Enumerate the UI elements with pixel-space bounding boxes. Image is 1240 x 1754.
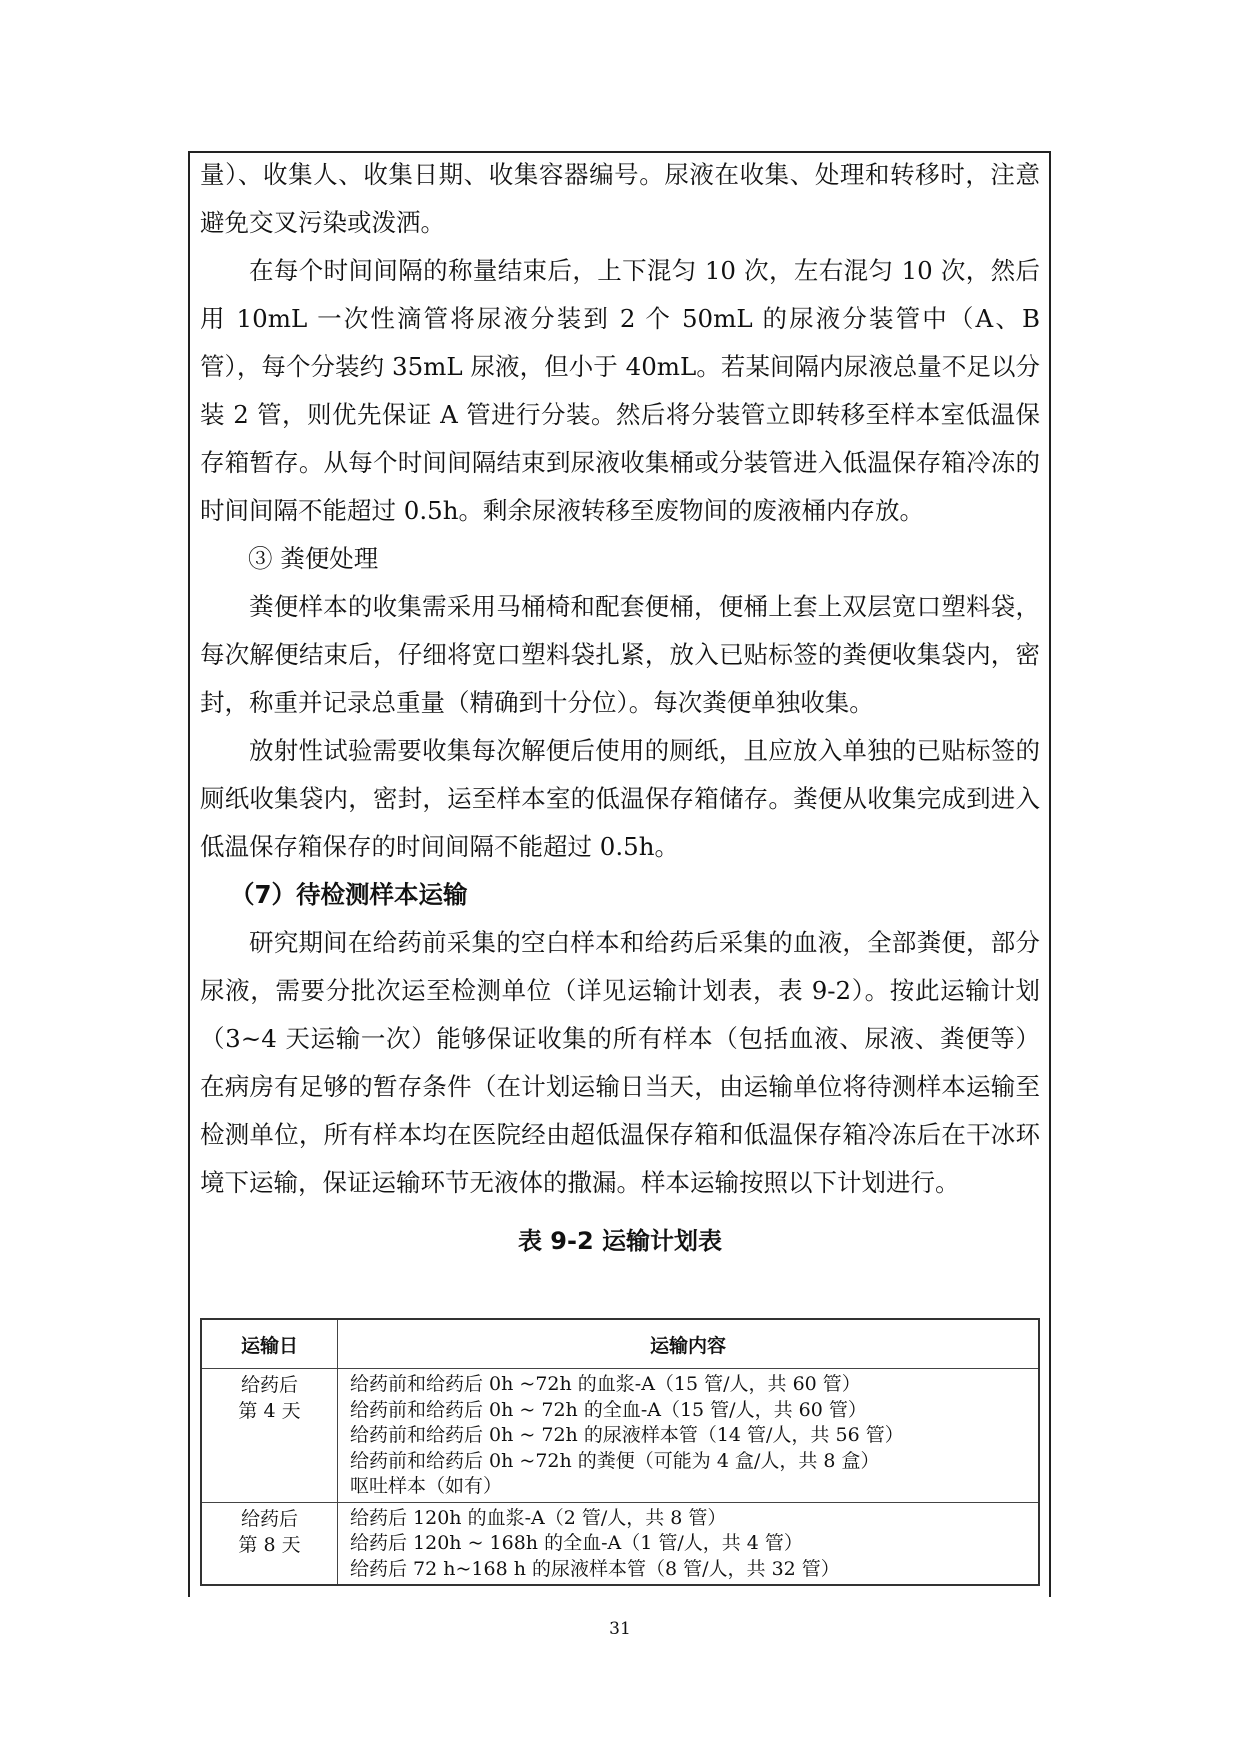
transport-content-cell: 给药后 120h 的血浆-A（2 管/人，共 8 管） 给药后 120h ~ 1… xyxy=(338,1502,1040,1585)
paragraph-urine-aliquot: 在每个时间间隔的称量结束后，上下混匀 10 次，左右混匀 10 次，然后用 10… xyxy=(200,247,1040,535)
paragraph-feces-collection: 粪便样本的收集需采用马桶椅和配套便桶，便桶上套上双层宽口塑料袋，每次解便结束后，… xyxy=(200,583,1040,727)
page-number: 31 xyxy=(0,1617,1240,1641)
content-item: 给药前和给药后 0h ~ 72h 的全血-A（15 管/人，共 60 管） xyxy=(350,1398,1038,1424)
day-label-line2: 第 8 天 xyxy=(203,1532,336,1558)
column-header-transport-content: 运输内容 xyxy=(338,1319,1040,1369)
content-item: 给药后 120h 的血浆-A（2 管/人，共 8 管） xyxy=(350,1506,1038,1532)
paragraph-toilet-paper: 放射性试验需要收集每次解便后使用的厕纸，且应放入单独的已贴标签的厕纸收集袋内，密… xyxy=(200,727,1040,871)
column-header-transport-day: 运输日 xyxy=(201,1319,338,1369)
paragraph-transport-plan: 研究期间在给药前采集的空白样本和给药后采集的血液，全部粪便，部分尿液，需要分批次… xyxy=(200,919,1040,1207)
section-heading-sample-transport: （7）待检测样本运输 xyxy=(200,871,1040,919)
table-header-row: 运输日 运输内容 xyxy=(201,1319,1039,1369)
paragraph-urine-collection-end: 量）、收集人、收集日期、收集容器编号。尿液在收集、处理和转移时，注意避免交叉污染… xyxy=(200,151,1040,247)
day-label-line1: 给药后 xyxy=(203,1372,336,1398)
content-item: 给药后 120h ~ 168h 的全血-A（1 管/人，共 4 管） xyxy=(350,1531,1038,1557)
document-body: 量）、收集人、收集日期、收集容器编号。尿液在收集、处理和转移时，注意避免交叉污染… xyxy=(200,151,1040,1261)
content-item: 给药前和给药后 0h ~72h 的粪便（可能为 4 盒/人，共 8 盒） xyxy=(350,1449,1038,1475)
day-label-line1: 给药后 xyxy=(203,1506,336,1532)
transport-content-cell: 给药前和给药后 0h ~72h 的血浆-A（15 管/人，共 60 管） 给药前… xyxy=(338,1369,1040,1503)
day-label-line2: 第 4 天 xyxy=(203,1398,336,1424)
table-row: 给药后 第 8 天 给药后 120h 的血浆-A（2 管/人，共 8 管） 给药… xyxy=(201,1502,1039,1585)
table-caption: 表 9-2 运输计划表 xyxy=(200,1221,1040,1261)
transport-day-cell: 给药后 第 4 天 xyxy=(201,1369,338,1503)
transport-plan-table: 运输日 运输内容 给药后 第 4 天 给药前和给药后 0h ~72h 的血浆-A… xyxy=(200,1318,1040,1586)
content-item: 给药前和给药后 0h ~ 72h 的尿液样本管（14 管/人，共 56 管） xyxy=(350,1423,1038,1449)
transport-day-cell: 给药后 第 8 天 xyxy=(201,1502,338,1585)
subheading-feces-handling: ③ 粪便处理 xyxy=(200,535,1040,583)
content-item: 给药后 72 h~168 h 的尿液样本管（8 管/人，共 32 管） xyxy=(350,1557,1038,1583)
content-item: 呕吐样本（如有） xyxy=(350,1474,1038,1500)
content-item: 给药前和给药后 0h ~72h 的血浆-A（15 管/人，共 60 管） xyxy=(350,1372,1038,1398)
table-row: 给药后 第 4 天 给药前和给药后 0h ~72h 的血浆-A（15 管/人，共… xyxy=(201,1369,1039,1503)
